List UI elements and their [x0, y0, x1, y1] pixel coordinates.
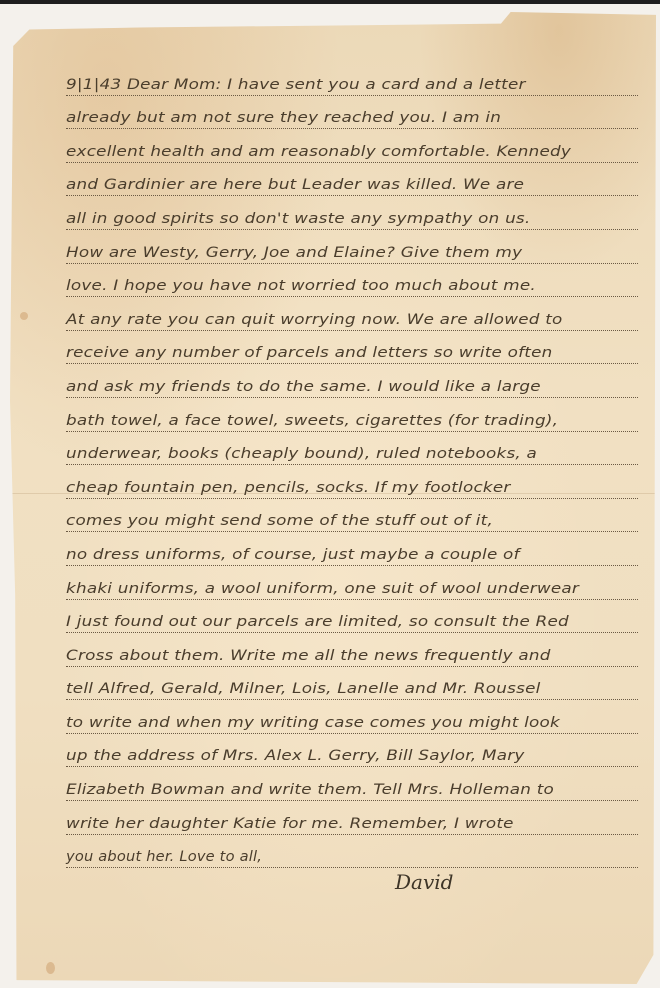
letter-line-text: receive any number of parcels and letter… — [66, 344, 553, 361]
letter-line-text: At any rate you can quit worrying now. W… — [66, 311, 563, 328]
letter-line: you about her. Love to all, — [66, 835, 638, 869]
letter-line: underwear, books (cheaply bound), ruled … — [66, 432, 638, 466]
letter-line: and Gardinier are here but Leader was ki… — [66, 163, 638, 197]
letter-line-text: you about her. Love to all, — [66, 848, 262, 865]
letter-line-text: tell Alfred, Gerald, Milner, Lois, Lanel… — [66, 680, 541, 697]
letter-line: no dress uniforms, of course, just maybe… — [66, 532, 638, 566]
scan-top-edge — [0, 0, 660, 4]
letter-line-text: love. I hope you have not worried too mu… — [66, 277, 536, 294]
paper-stain — [46, 962, 55, 974]
letter-line-text: underwear, books (cheaply bound), ruled … — [66, 445, 537, 462]
letter-line: to write and when my writing case comes … — [66, 700, 638, 734]
letter-line-text: bath towel, a face towel, sweets, cigare… — [66, 412, 558, 429]
letter-line-text: up the address of Mrs. Alex L. Gerry, Bi… — [66, 747, 525, 764]
letter-line-text: excellent health and am reasonably comfo… — [66, 143, 571, 160]
letter-line-text: write her daughter Katie for me. Remembe… — [66, 815, 514, 832]
letter-line: How are Westy, Gerry, Joe and Elaine? Gi… — [66, 230, 638, 264]
signature: David — [395, 870, 453, 894]
letter-line: tell Alfred, Gerald, Milner, Lois, Lanel… — [66, 667, 638, 701]
letter-line-text: cheap fountain pen, pencils, socks. If m… — [66, 479, 511, 496]
letter-line-text: I just found out our parcels are limited… — [66, 613, 569, 630]
letter-line: and ask my friends to do the same. I wou… — [66, 364, 638, 398]
letter-body: 9|1|43 Dear Mom: I have sent you a card … — [66, 62, 638, 868]
letter-line: already but am not sure they reached you… — [66, 96, 638, 130]
letter-line-text: comes you might send some of the stuff o… — [66, 512, 493, 529]
letter-line: cheap fountain pen, pencils, socks. If m… — [66, 465, 638, 499]
letter-line-text: to write and when my writing case comes … — [66, 714, 560, 731]
letter-line-text: How are Westy, Gerry, Joe and Elaine? Gi… — [66, 244, 522, 261]
letter-line-text: and ask my friends to do the same. I wou… — [66, 378, 541, 395]
letter-line: At any rate you can quit worrying now. W… — [66, 297, 638, 331]
letter-line-text: already but am not sure they reached you… — [66, 109, 501, 126]
letter-line-text: and Gardinier are here but Leader was ki… — [66, 176, 524, 193]
letter-line: excellent health and am reasonably comfo… — [66, 129, 638, 163]
letter-line-text: khaki uniforms, a wool uniform, one suit… — [66, 580, 579, 597]
letter-line: write her daughter Katie for me. Remembe… — [66, 801, 638, 835]
letter-line: receive any number of parcels and letter… — [66, 331, 638, 365]
letter-line: love. I hope you have not worried too mu… — [66, 264, 638, 298]
letter-line: Cross about them. Write me all the news … — [66, 633, 638, 667]
letter-line: khaki uniforms, a wool uniform, one suit… — [66, 566, 638, 600]
letter-line-text: Cross about them. Write me all the news … — [66, 647, 551, 664]
letter-line: Elizabeth Bowman and write them. Tell Mr… — [66, 767, 638, 801]
letter-line-text: all in good spirits so don't waste any s… — [66, 210, 530, 227]
paper-stain — [20, 312, 28, 320]
letter-line: I just found out our parcels are limited… — [66, 600, 638, 634]
letter-line: all in good spirits so don't waste any s… — [66, 196, 638, 230]
letter-line: 9|1|43 Dear Mom: I have sent you a card … — [66, 62, 638, 96]
letter-line: comes you might send some of the stuff o… — [66, 499, 638, 533]
letter-line-text: no dress uniforms, of course, just maybe… — [66, 546, 520, 563]
letter-line-text: 9|1|43 Dear Mom: I have sent you a card … — [66, 76, 526, 93]
letter-line: bath towel, a face towel, sweets, cigare… — [66, 398, 638, 432]
letter-line-text: Elizabeth Bowman and write them. Tell Mr… — [66, 781, 554, 798]
letter-line: up the address of Mrs. Alex L. Gerry, Bi… — [66, 734, 638, 768]
